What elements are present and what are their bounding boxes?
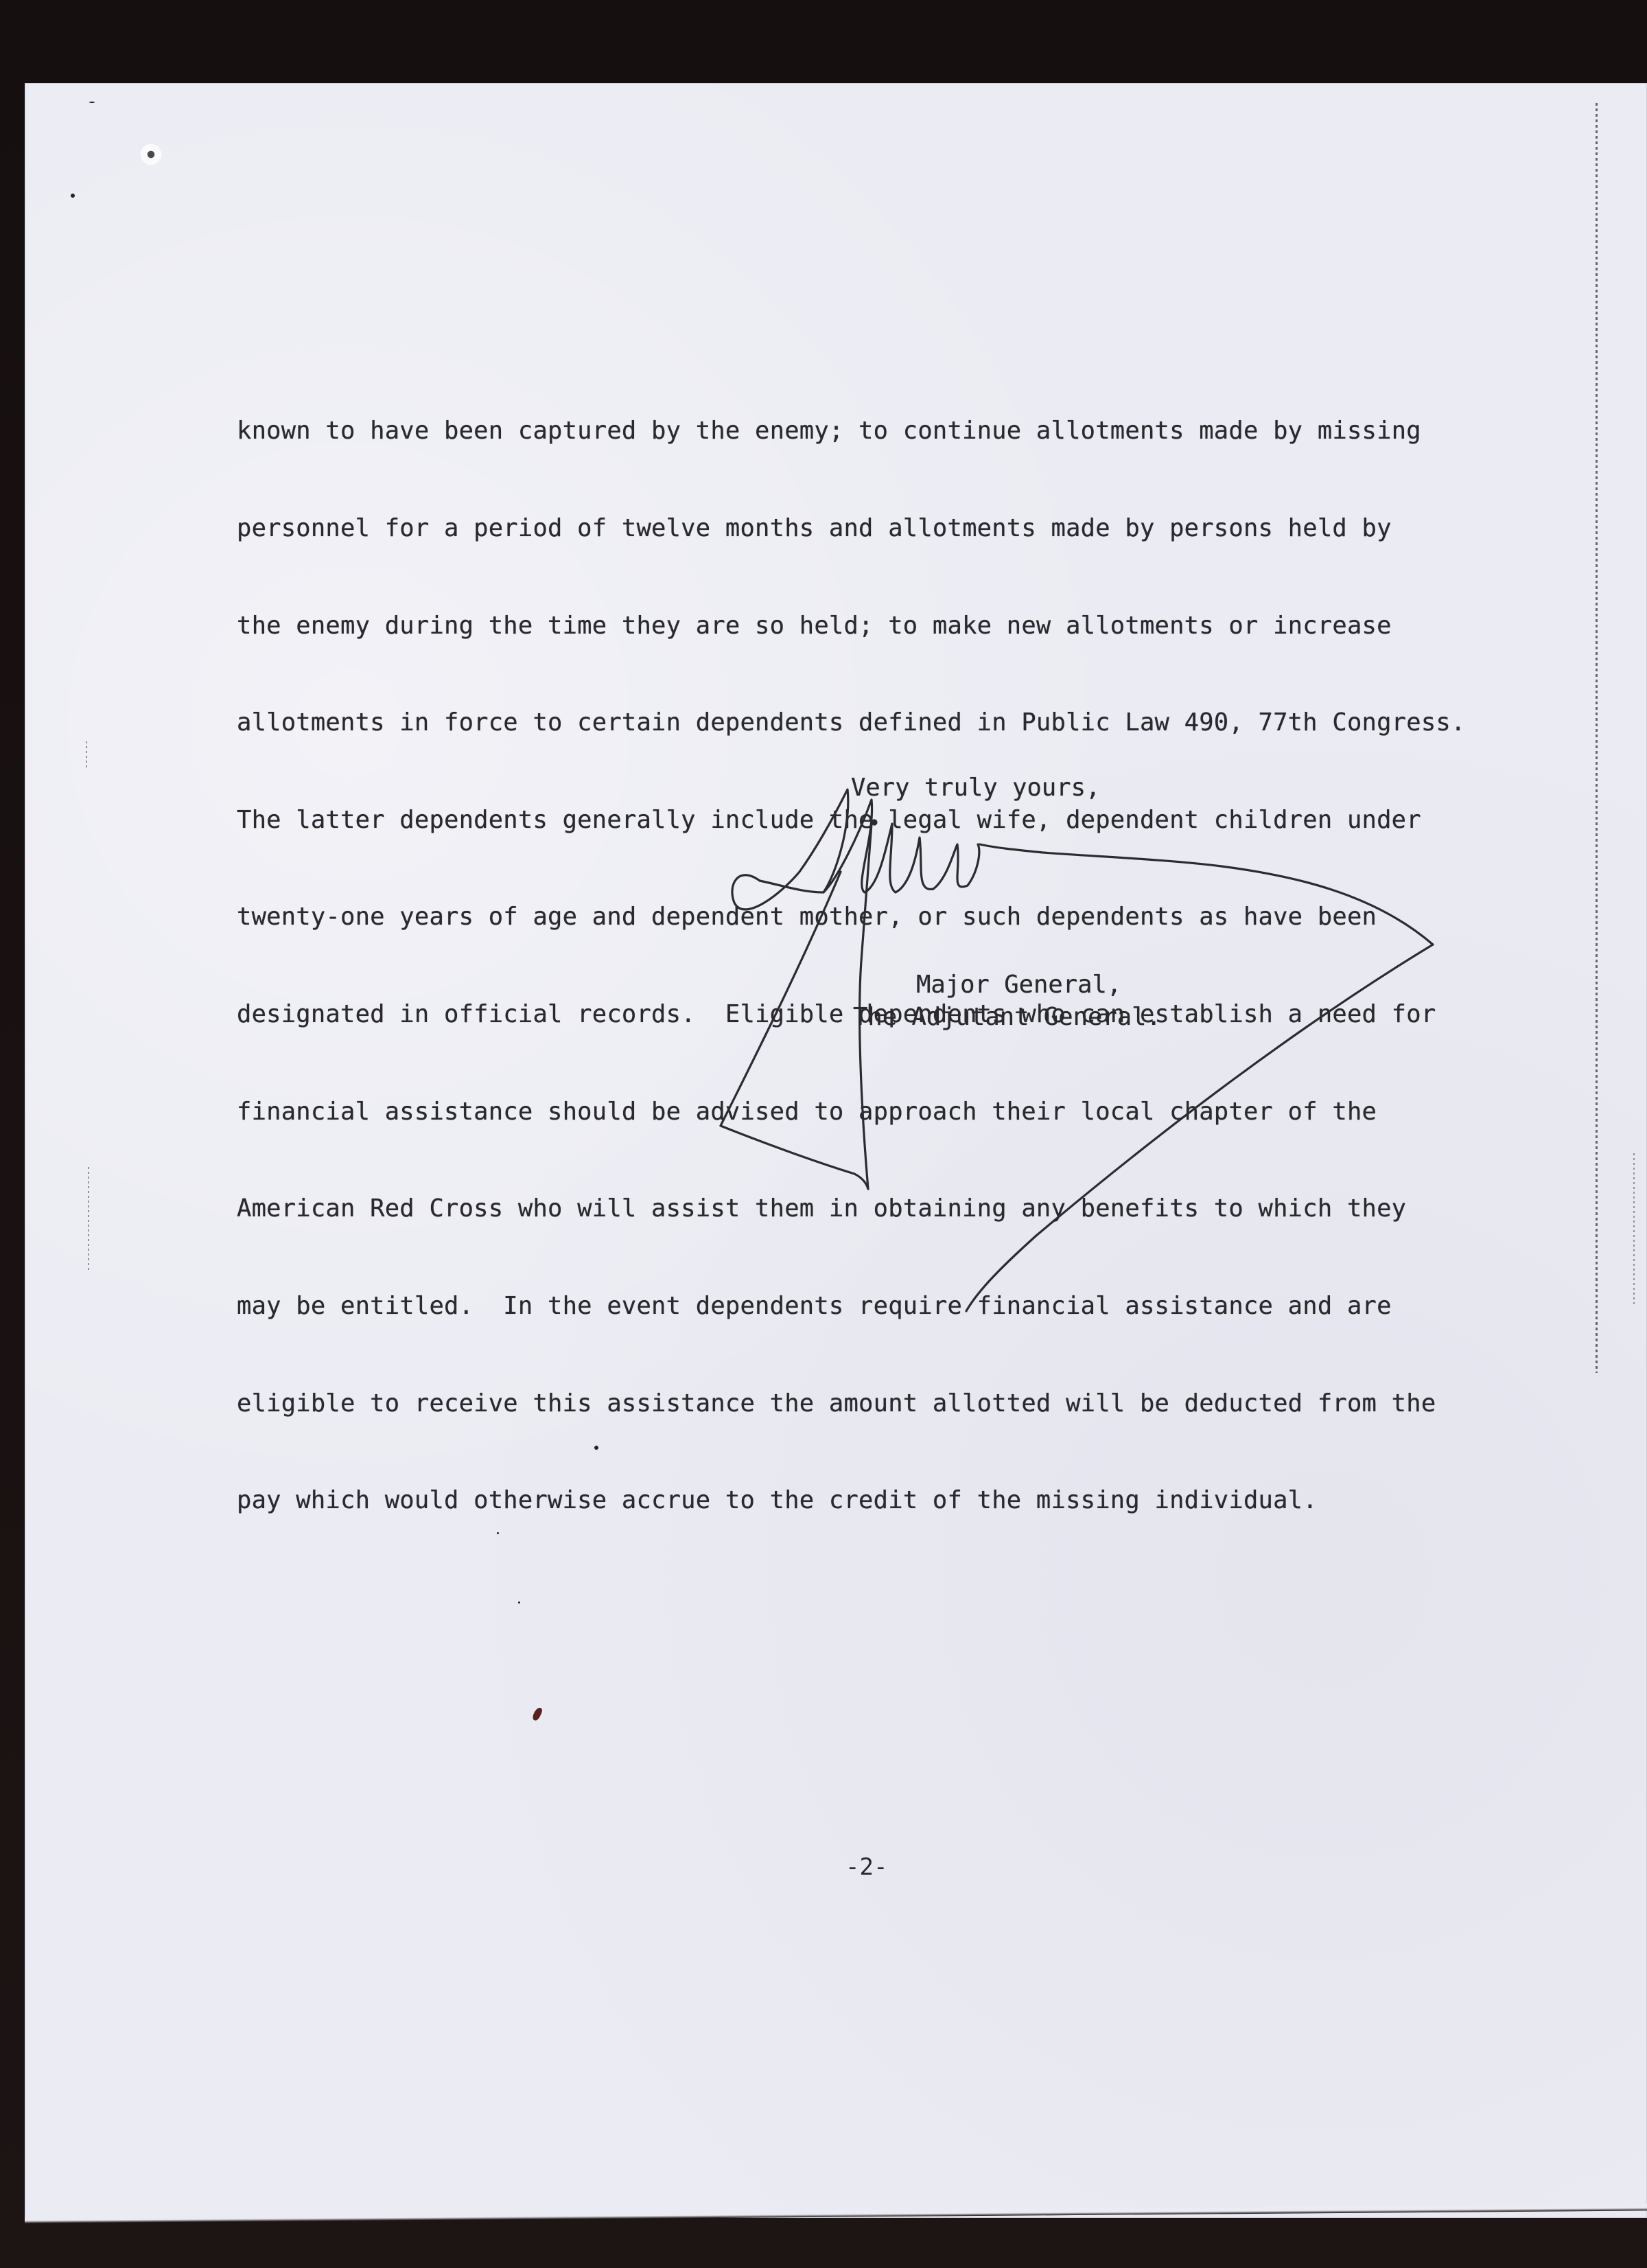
signatory-rank: Major General,	[916, 971, 1121, 999]
body-line: financial assistance should be advised t…	[237, 1096, 1466, 1128]
body-line: twenty-one years of age and dependent mo…	[237, 901, 1466, 933]
left-margin-mark	[88, 1167, 89, 1270]
page-number: -2-	[845, 1853, 887, 1881]
body-line: the enemy during the time they are so he…	[237, 610, 1466, 642]
body-line: personnel for a period of twelve months …	[237, 512, 1466, 544]
speck	[518, 1601, 520, 1604]
letter-body: known to have been captured by the enemy…	[237, 350, 1466, 1549]
speck	[89, 102, 95, 103]
body-line: may be entitled. In the event dependents…	[237, 1290, 1466, 1322]
right-margin-dotted-line	[1596, 103, 1598, 1373]
body-line: The latter dependents generally include …	[237, 804, 1466, 836]
body-line: allotments in force to certain dependent…	[237, 706, 1466, 739]
paper-tear-mark	[137, 144, 165, 165]
body-line: eligible to receive this assistance the …	[237, 1387, 1466, 1420]
body-line: designated in official records. Eligible…	[237, 998, 1466, 1030]
closing-salutation: Very truly yours,	[851, 774, 1100, 802]
body-line: pay which would otherwise accrue to the …	[237, 1484, 1466, 1516]
signatory-office: The Adjutant General.	[853, 1003, 1161, 1031]
body-line: American Red Cross who will assist them …	[237, 1192, 1466, 1225]
right-margin-mark	[1633, 1153, 1635, 1304]
left-margin-mark	[86, 741, 87, 769]
speck	[71, 194, 75, 198]
body-line: known to have been captured by the enemy…	[237, 415, 1466, 447]
